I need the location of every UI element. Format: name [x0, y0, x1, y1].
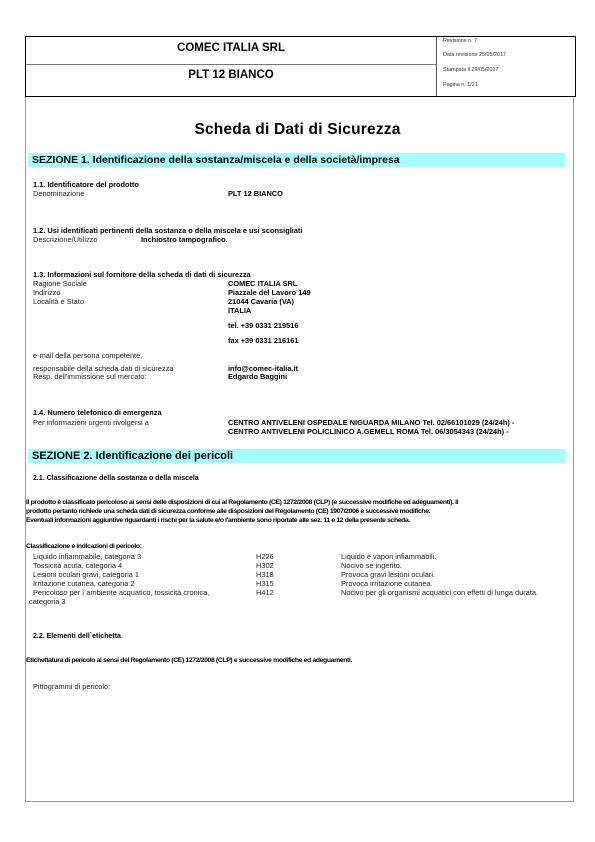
supplier-country-value: ITALIA: [228, 306, 251, 315]
emergency-label: Per informazioni urgenti rivolgersi a: [33, 418, 149, 427]
product-name-value: PLT 12 BIANCO: [228, 189, 283, 198]
emergency-line-2: CENTRO ANTIVELENI POLICLINICO A.GEMELL R…: [228, 427, 509, 436]
classification-heading: Classificazione e indicazioni di pericol…: [26, 543, 142, 550]
header-product-cell: PLT 12 BIANCO: [26, 65, 437, 96]
classification-paragraph-line-3: Eventuali informazioni aggiuntive riguar…: [26, 517, 410, 524]
section-1-title: SEZIONE 1. Identificazione della sostanz…: [32, 153, 400, 167]
subsection-1-1-heading: 1.1. Identificatore del prodotto: [33, 180, 139, 189]
subsection-2-1-heading: 2.1. Classificazione della sostanza o de…: [33, 475, 199, 482]
responsible-label: Resp. dell'immissione sul mercato:: [33, 372, 147, 381]
supplier-name-label: Ragione Sociale: [33, 279, 87, 288]
product-name-label: Denominazione: [33, 189, 84, 198]
pictograms-label: Pittogrammi di pericolo:: [33, 682, 110, 691]
hazard-class: Irritazione cutanea, categoria 2: [33, 579, 134, 588]
supplier-address-value: Piazzale del Lavoro 149: [228, 288, 311, 297]
header-revision: Revisione n. 7: [443, 38, 477, 44]
hazard-class: Pericoloso per l`ambiente acquatico, tos…: [33, 588, 209, 597]
hazard-statement: Provoca irritazione cutanea.: [341, 579, 433, 588]
document-title: Scheda di Dati di Sicurezza: [0, 121, 595, 139]
classification-paragraph-line-1: Il prodotto è classificato pericoloso ai…: [26, 499, 458, 506]
header-page-number: Pagina n. 1/21: [443, 82, 478, 88]
subsection-1-3-heading: 1.3. Informazioni sul fornitore della sc…: [33, 270, 251, 279]
document-header: COMEC ITALIA SRL PLT 12 BIANCO Revisione…: [25, 36, 576, 97]
supplier-tel: tel. +39 0331 219516: [228, 321, 298, 330]
hazard-class: Lesioni oculari gravi, categoria 1: [33, 570, 139, 579]
subsection-1-4-heading: 1.4. Numero telefonico di emergenza: [33, 408, 162, 417]
labelling-paragraph: Etichettatura di pericolo ai sensi del R…: [26, 657, 352, 664]
header-company: COMEC ITALIA SRL: [26, 42, 436, 54]
hazard-code: H226: [256, 552, 274, 561]
section-2-header: SEZIONE 2. Identificazione dei pericoli: [28, 449, 565, 463]
supplier-location-label: Località e Stato: [33, 297, 84, 306]
hazard-code: H315: [256, 579, 274, 588]
hazard-class: Liquido infiammabile, categoria 3: [33, 552, 141, 561]
header-revision-date: Data revisione 25/05/2017: [443, 52, 506, 58]
hazard-statement: Nocivo per gli organismi acquatici con e…: [341, 588, 538, 597]
header-company-cell: COMEC ITALIA SRL: [26, 37, 437, 65]
section-2-title: SEZIONE 2. Identificazione dei pericoli: [32, 449, 233, 463]
hazard-statement: Liquido e vapori infiammabili.: [341, 552, 436, 561]
supplier-location-value: 21044 Cavaria (VA): [228, 297, 294, 306]
section-1-header: SEZIONE 1. Identificazione della sostanz…: [28, 153, 565, 167]
usage-label: Descrizione/Utilizzo: [33, 235, 97, 244]
hazard-statement: Nocivo se ingerito.: [341, 561, 402, 570]
supplier-address-label: Indirizzo: [33, 288, 61, 297]
responsible-value: Edgardo Baggini: [228, 372, 287, 381]
email-label-line-1: e-mail della persona competente,: [33, 351, 142, 360]
subsection-2-2-heading: 2.2. Elementi dell`etichetta: [33, 633, 121, 640]
supplier-name-value: COMEC ITALIA SRL: [228, 279, 297, 288]
hazard-class: Tossicità acuta, categoria 4: [33, 561, 122, 570]
supplier-fax: fax +39 0331 216161: [228, 336, 298, 345]
header-printed-date: Stampata il 29/05/2017: [443, 67, 498, 73]
header-product: PLT 12 BIANCO: [26, 69, 436, 81]
hazard-code: H302: [256, 561, 274, 570]
emergency-line-1: CENTRO ANTIVELENI OSPEDALE NIGUARDA MILA…: [228, 418, 514, 427]
usage-value: Inchiostro tampografico.: [141, 235, 228, 244]
hazard-class-continued: categoria 3: [29, 597, 66, 606]
hazard-code: H318: [256, 570, 274, 579]
classification-paragraph-line-2: prodotto pertanto richiede una scheda da…: [26, 508, 430, 515]
hazard-statement: Provoca gravi lesioni oculari.: [341, 570, 435, 579]
subsection-1-2-heading: 1.2. Usi identificati pertinenti della s…: [33, 226, 302, 235]
hazard-code: H412: [256, 588, 274, 597]
